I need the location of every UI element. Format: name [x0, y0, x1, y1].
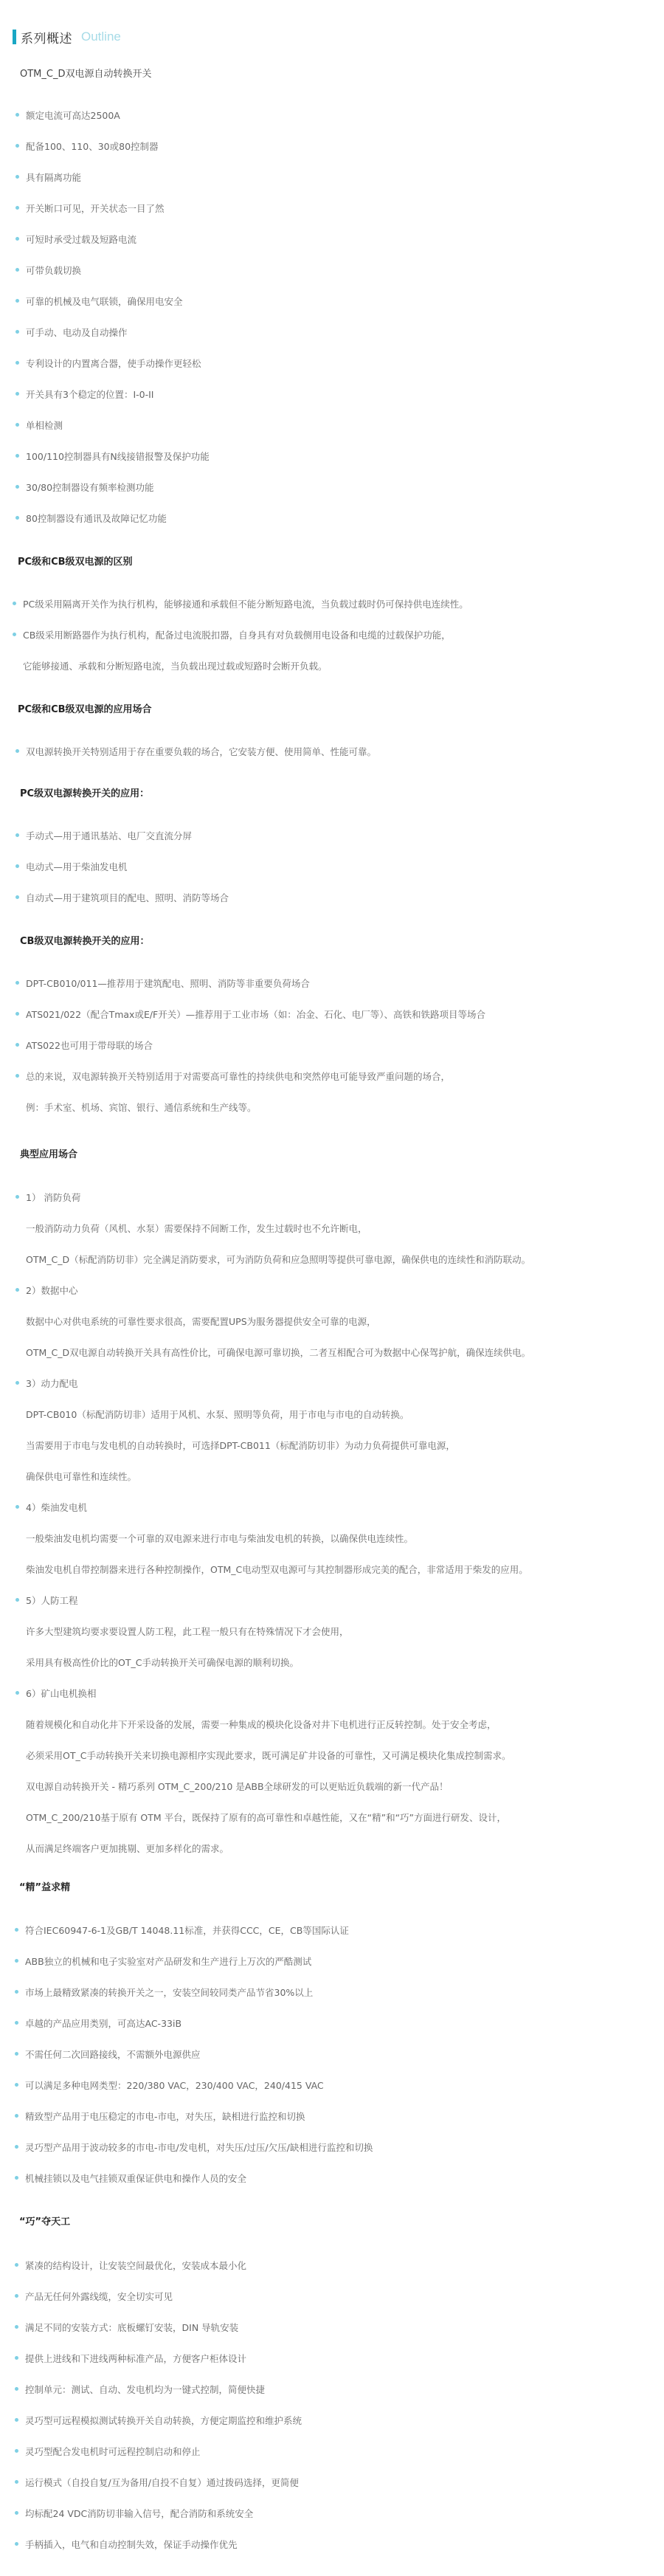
list-item: 灵巧型产品用于波动较多的市电-市电/发电机，对失压/过压/欠压/缺相进行监控和切…	[25, 2141, 373, 2154]
bullet-icon	[15, 981, 19, 985]
product-subtitle: OTM_C_D双电源自动转换开关	[20, 66, 151, 80]
case-title: 3）动力配电	[26, 1377, 77, 1390]
paragraph: 例：手术室、机场、宾馆、银行、通信系统和生产线等。	[26, 1101, 257, 1114]
paragraph: DPT-CB010（标配消防切非）适用于风机、水泵、照明等负荷，用于市电与市电的…	[26, 1408, 409, 1421]
paragraph: 采用具有极高性价比的OT_C手动转换开关可确保电源的顺利切换。	[26, 1656, 299, 1669]
section-heading: “巧”夺天工	[19, 2214, 70, 2228]
list-item: PC级采用隔离开关作为执行机构，能够接通和承载但不能分断短路电流，当负载过载时仍…	[23, 597, 468, 610]
bullet-icon	[15, 2294, 18, 2298]
bullet-icon	[15, 2145, 18, 2149]
list-item: 可带负载切换	[26, 264, 81, 277]
list-item: ABB独立的机械和电子实验室对产品研发和生产进行上万次的严酷测试	[25, 1955, 311, 1968]
bullet-icon	[15, 2263, 18, 2267]
list-item: 可靠的机械及电气联锁，确保用电安全	[26, 295, 183, 308]
bullet-icon	[15, 1288, 19, 1292]
bullet-icon	[15, 1598, 19, 1602]
list-item: 配备100、110、30或80控制器	[26, 140, 159, 153]
list-item: 手动式—用于通讯基站、电厂交直流分屏	[26, 829, 192, 842]
paragraph: 从而满足终端客户更加挑剔、更加多样化的需求。	[26, 1842, 229, 1855]
list-item: 80控制器设有通讯及故障记忆功能	[26, 512, 167, 525]
section-title: 系列概述	[21, 28, 72, 47]
case-title: 6）矿山电机换相	[26, 1687, 96, 1700]
list-item: 灵巧型配合发电机时可远程控制启动和停止	[25, 2445, 201, 2458]
section-heading: “精”益求精	[19, 1879, 70, 1893]
bullet-icon	[15, 2387, 18, 2391]
list-item: 产品无任何外露线缆，安全切实可见	[25, 2290, 173, 2303]
paragraph: 柴油发电机自带控制器来进行各种控制操作，OTM_C电动型双电源可与其控制器形成完…	[26, 1563, 528, 1576]
product-outline-page: 系列概述 Outline OTM_C_D双电源自动转换开关 额定电流可高达250…	[0, 0, 664, 2576]
bullet-icon	[15, 2418, 18, 2422]
bullet-icon	[15, 895, 19, 899]
bullet-icon	[15, 2052, 18, 2056]
paragraph: 确保供电可靠性和连续性。	[26, 1470, 136, 1483]
list-item: 灵巧型可远程模拟测试转换开关自动转换，方便定期监控和维护系统	[25, 2414, 302, 2427]
paragraph: 随着规模化和自动化井下开采设备的发展，需要一种集成的模块化设备对井下电机进行正反…	[26, 1718, 497, 1731]
bullet-icon	[15, 268, 19, 272]
list-item: 双电源转换开关特别适用于存在重要负载的场合，它安装方便、使用简单、性能可靠。	[26, 745, 376, 758]
paragraph: 必须采用OT_C手动转换开关来切换电源相序实现此要求，既可满足矿井设备的可靠性，…	[26, 1749, 511, 1762]
list-item: 单相检测	[26, 419, 63, 432]
list-item: 30/80控制器设有频率检测功能	[26, 481, 154, 494]
outline-header: 系列概述 Outline	[13, 29, 121, 45]
list-item: 具有隔离功能	[26, 171, 81, 184]
paragraph: OTM_C_D双电源自动转换开关具有高性价比，可确保电源可靠切换，二者互相配合可…	[26, 1346, 530, 1359]
bullet-icon	[15, 1043, 19, 1047]
list-item: 专利设计的内置离合器，使手动操作更轻松	[26, 357, 201, 370]
list-item: 不需任何二次回路接线，不需额外电源供应	[25, 2048, 201, 2061]
bullet-icon	[15, 392, 19, 396]
bullet-icon	[15, 1505, 19, 1509]
paragraph: 一般消防动力负荷（风机、水泵）需要保持不间断工作，发生过载时也不允许断电，	[26, 1222, 367, 1235]
list-item: 总的来说，双电源转换开关特别适用于对需要高可靠性的持续供电和突然停电可能导致严重…	[26, 1070, 450, 1083]
section-heading: PC级和CB级双电源的区别	[18, 554, 133, 568]
list-item: 提供上进线和下进线两种标准产品，方便客户柜体设计	[25, 2352, 246, 2365]
bullet-icon	[15, 485, 19, 489]
bullet-icon	[15, 2480, 18, 2484]
list-item: 100/110控制器具有N线接错报警及保护功能	[26, 450, 210, 463]
paragraph: 双电源自动转换开关 - 精巧系列 OTM_C_200/210 是ABB全球研发的…	[26, 1780, 449, 1793]
section-heading: PC级和CB级双电源的应用场合	[18, 701, 152, 715]
list-item: 开关断口可见，开关状态一目了然	[26, 202, 165, 215]
bullet-icon	[15, 2176, 18, 2180]
list-item: 满足不同的安装方式：底板螺钉安装，DIN 导轨安装	[25, 2321, 238, 2334]
bullet-icon	[15, 1990, 18, 1994]
paragraph: OTM_C_D（标配消防切非）完全满足消防要求，可为消防负荷和应急照明等提供可靠…	[26, 1253, 530, 1266]
list-item: 紧凑的结构设计，让安装空间最优化，安装成本最小化	[25, 2259, 246, 2272]
bullet-icon	[15, 749, 19, 753]
bullet-icon	[15, 299, 19, 303]
section-heading: PC级双电源转换开关的应用：	[20, 785, 149, 799]
bullet-icon	[13, 602, 16, 605]
section-title-en: Outline	[81, 30, 121, 44]
case-title: 1） 消防负荷	[26, 1191, 80, 1204]
bullet-icon	[15, 2542, 18, 2546]
list-item: ATS021/022（配合Tmax或E/F开关）—推荐用于工业市场（如：冶金、石…	[26, 1008, 485, 1021]
paragraph: 它能够接通、承载和分断短路电流，当负载出现过载或短路时会断开负载。	[23, 659, 328, 672]
paragraph: 一般柴油发电机均需要一个可靠的双电源来进行市电与柴油发电机的转换，以确保供电连续…	[26, 1532, 413, 1545]
list-item: 机械挂锁以及电气挂锁双重保证供电和操作人员的安全	[25, 2172, 246, 2185]
bullet-icon	[15, 1012, 19, 1016]
bullet-icon	[15, 237, 19, 241]
bullet-icon	[15, 1928, 18, 1932]
case-title: 2）数据中心	[26, 1284, 77, 1297]
bullet-icon	[15, 2021, 18, 2025]
list-item: 自动式—用于建筑项目的配电、照明、消防等场合	[26, 891, 229, 904]
bullet-icon	[15, 864, 19, 868]
bullet-icon	[15, 1959, 18, 1963]
bullet-icon	[15, 1074, 19, 1078]
list-item: 运行模式（自投自复/互为备用/自投不自复）通过拨码选择，更简便	[25, 2476, 299, 2489]
list-item: 卓越的产品应用类别，可高达AC-33iB	[25, 2017, 181, 2030]
bullet-icon	[15, 833, 19, 837]
bullet-icon	[15, 330, 19, 334]
paragraph: 许多大型建筑均要求要设置人防工程，此工程一般只有在特殊情况下才会使用，	[26, 1625, 349, 1638]
list-item: 符合IEC60947-6-1及GB/T 14048.11标准，并获得CCC，CE…	[25, 1924, 349, 1937]
bullet-icon	[15, 1195, 19, 1199]
paragraph: 当需要用于市电与发电机的自动转换时，可选择DPT-CB011（标配消防切非）为动…	[26, 1439, 455, 1452]
bullet-icon	[15, 113, 19, 117]
bullet-icon	[13, 633, 16, 636]
bullet-icon	[15, 2114, 18, 2118]
bullet-icon	[15, 2356, 18, 2360]
bullet-icon	[15, 516, 19, 520]
list-item: 市场上最精致紧凑的转换开关之一，安装空间较同类产品节省30%以上	[25, 1986, 313, 1999]
bullet-icon	[15, 1381, 19, 1385]
case-title: 5）人防工程	[26, 1594, 77, 1607]
bullet-icon	[15, 175, 19, 179]
bullet-icon	[15, 2449, 18, 2453]
bullet-icon	[15, 206, 19, 210]
bullet-icon	[15, 454, 19, 458]
bullet-icon	[15, 144, 19, 148]
bullet-icon	[15, 2325, 18, 2329]
list-item: 控制单元：测试、自动、发电机均为一键式控制，简便快捷	[25, 2383, 265, 2396]
section-heading: 典型应用场合	[20, 1146, 77, 1160]
bullet-icon	[15, 2083, 18, 2087]
list-item: 手柄插入，电气和自动控制失效，保证手动操作优先	[25, 2538, 238, 2551]
paragraph: OTM_C_200/210基于原有 OTM 平台，既保持了原有的高可靠性和卓越性…	[26, 1811, 506, 1824]
bullet-icon	[15, 2511, 18, 2515]
list-item: 可短时承受过载及短路电流	[26, 233, 136, 246]
list-item: 精致型产品用于电压稳定的市电-市电，对失压，缺相进行监控和切换	[25, 2110, 305, 2123]
bullet-icon	[15, 423, 19, 427]
list-item: 开关具有3个稳定的位置：I-0-II	[26, 388, 154, 401]
list-item: ATS022也可用于带母联的场合	[26, 1039, 153, 1052]
paragraph: 数据中心对供电系统的可靠性要求很高，需要配置UPS为服务器提供安全可靠的电源，	[26, 1315, 376, 1328]
list-item: 均标配24 VDC消防切非输入信号，配合消防和系统安全	[25, 2507, 253, 2520]
list-item: DPT-CB010/011—推荐用于建筑配电、照明、消防等非重要负荷场合	[26, 977, 310, 990]
accent-bar	[13, 30, 16, 44]
bullet-icon	[15, 1691, 19, 1695]
list-item: 可手动、电动及自动操作	[26, 326, 128, 339]
list-item: 额定电流可高达2500A	[26, 109, 120, 122]
section-heading: CB级双电源转换开关的应用：	[20, 933, 149, 947]
list-item: CB级采用断路器作为执行机构，配备过电流脱扣器，自身具有对负载侧用电设备和电缆的…	[23, 628, 451, 641]
list-item: 电动式—用于柴油发电机	[26, 860, 128, 873]
case-title: 4）柴油发电机	[26, 1501, 87, 1514]
bullet-icon	[15, 361, 19, 365]
list-item: 可以满足多种电网类型：220/380 VAC，230/400 VAC，240/4…	[25, 2079, 324, 2092]
